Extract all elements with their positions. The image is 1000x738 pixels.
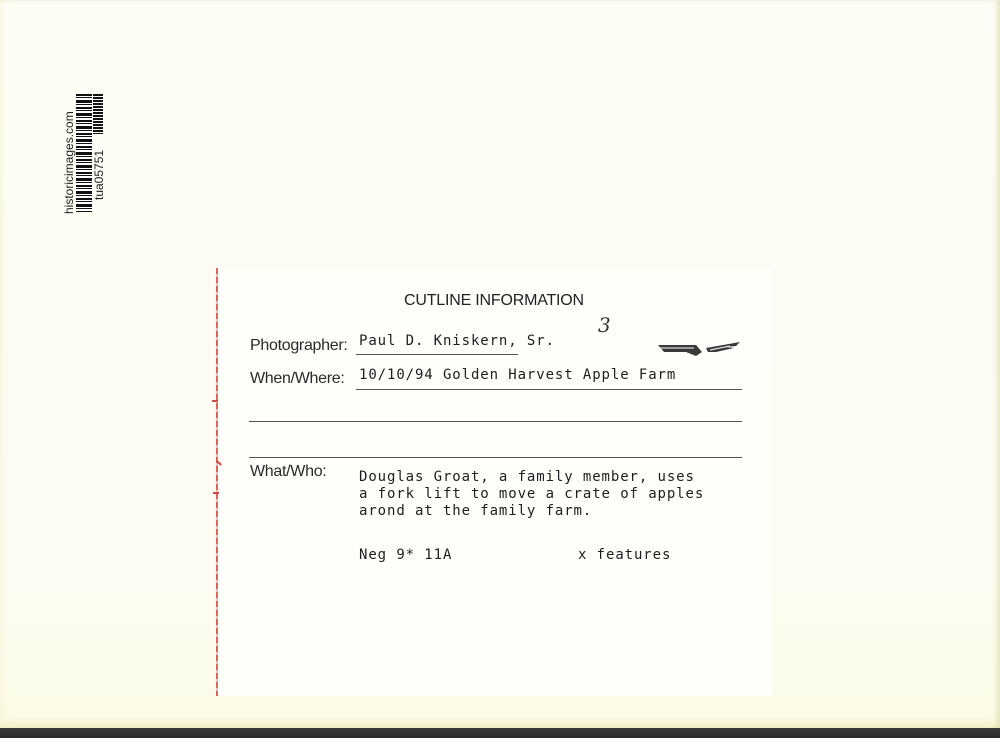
winged-emblem-icon [656,340,742,360]
barcode-label: historicimages.com tua05751 [62,92,106,214]
blank-rule-2 [249,457,742,458]
negative-number: Neg 9* 11A [359,547,452,563]
edge-mark [212,400,218,402]
handwritten-number: 3 [598,313,611,337]
section-features: x features [578,547,671,563]
edge-mark [213,492,219,494]
what-who-line-2: a fork lift to move a crate of apples [359,486,704,502]
card-red-edge [216,268,218,696]
card-title: CUTLINE INFORMATION [404,292,584,310]
photographer-label: Photographer: [250,337,348,355]
barcode-icon [76,94,92,212]
what-who-line-3: arond at the family farm. [359,503,592,519]
what-who-line-1: Douglas Groat, a family member, uses [359,469,695,485]
photographer-value: Paul D. Kniskern, Sr. [359,333,555,349]
barcode-icon-secondary [93,94,103,134]
blank-rule-1 [249,421,742,422]
when-where-rule [356,389,742,390]
barcode-id-text: tua05751 [92,150,106,200]
what-who-label: What/Who: [250,463,326,481]
photographer-rule [356,354,518,355]
when-where-value: 10/10/94 Golden Harvest Apple Farm [359,367,676,383]
when-where-label: When/Where: [250,370,345,388]
barcode-site-text: historicimages.com [62,111,76,214]
scan-bottom-edge [0,728,1000,738]
